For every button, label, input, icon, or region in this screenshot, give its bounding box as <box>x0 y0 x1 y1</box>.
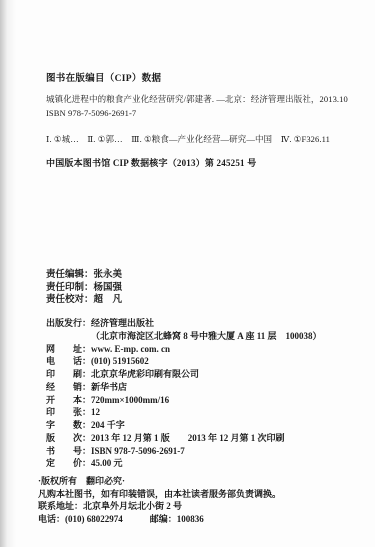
pub-label: 经 销： <box>46 381 91 394</box>
pub-value: 北京京华虎彩印刷有限公司 <box>91 369 199 379</box>
pub-value: (010) 51915602 <box>91 356 149 366</box>
staff-label: 责任编辑： <box>46 270 94 280</box>
pub-value: 新华书店 <box>91 382 127 392</box>
pub-value: 204 千字 <box>91 420 125 430</box>
pub-row-wordcount: 字 数：204 千字 <box>46 419 322 432</box>
pub-row-printing-company: 印 刷：北京京华虎彩印刷有限公司 <box>46 368 322 381</box>
publishing-block: 出版发行：经济管理出版社 （北京市海淀区北蜂窝 8 号中雅大厦 A 座 11 层… <box>46 317 322 470</box>
copyright-notice-block: ·版权所有 翻印必究· 凡购本社图书，如有印装错误，由本社读者服务部负责调换。 … <box>38 475 281 526</box>
pub-label: 版 次： <box>46 432 91 445</box>
pub-label: 网 址： <box>46 343 91 356</box>
pub-row-price: 定 价：45.00 元 <box>46 457 322 470</box>
pub-value: 经济管理出版社 <box>91 318 154 328</box>
pub-row-isbn: 书 号：ISBN 978-7-5096-2691-7 <box>46 445 322 458</box>
notice-phone-postcode-line: 电话：(010) 68022974 邮编：100836 <box>38 513 281 526</box>
staff-value: 杨国强 <box>94 283 123 293</box>
pub-row-address: （北京市海淀区北蜂窝 8 号中雅大厦 A 座 11 层 100038） <box>46 330 322 343</box>
pub-value: ISBN 978-7-5096-2691-7 <box>91 446 185 456</box>
staff-label: 责任校对： <box>46 295 94 305</box>
pub-label: 开 本： <box>46 394 91 407</box>
cip-classification-line: Ⅰ. ①城… Ⅱ. ①郭… Ⅲ. ①粮食—产业化经营—研究—中国 Ⅳ. ①F32… <box>46 133 330 145</box>
pub-label: 定 价： <box>46 457 91 470</box>
pub-value: 2013 年 12 月第 1 版 2013 年 12 月第 1 次印刷 <box>91 433 285 443</box>
pub-row-sheets: 印 张：12 <box>46 406 322 419</box>
notice-contact-address-line: 联系地址：北京阜外月坛北小街 2 号 <box>38 500 281 513</box>
pub-row-publisher: 出版发行：经济管理出版社 <box>46 317 322 330</box>
pub-row-phone: 电 话：(010) 51915602 <box>46 355 322 368</box>
book-copyright-page: 图书在版编目（CIP）数据 城镇化进程中的粮食产业化经营研究/郭建著. —北京：… <box>0 0 375 547</box>
pub-row-website: 网 址：www. E-mp. com. cn <box>46 343 322 356</box>
staff-row-editor: 责任编辑：张永美 <box>46 269 122 282</box>
pub-label: 印 刷： <box>46 368 91 381</box>
notice-copyright-line: ·版权所有 翻印必究· <box>38 475 281 488</box>
pub-label: 电 话： <box>46 355 91 368</box>
pub-value: 45.00 元 <box>91 458 123 468</box>
pub-label: 印 张： <box>46 406 91 419</box>
pub-value: 12 <box>91 407 100 417</box>
staff-row-printer: 责任印制：杨国强 <box>46 282 122 295</box>
pub-label: 字 数： <box>46 419 91 432</box>
scan-gutter-shadow <box>0 0 16 547</box>
pub-label: 出版发行： <box>46 317 91 330</box>
cip-body: 城镇化进程中的粮食产业化经营研究/郭建著. —北京：经济管理出版社，2013.1… <box>46 92 348 120</box>
cip-title-line: 城镇化进程中的粮食产业化经营研究/郭建著. —北京：经济管理出版社，2013.1… <box>46 92 348 106</box>
staff-row-proofreader: 责任校对：超 凡 <box>46 294 122 307</box>
staff-label: 责任印制： <box>46 283 94 293</box>
pub-row-distributor: 经 销：新华书店 <box>46 381 322 394</box>
pub-label: 书 号： <box>46 445 91 458</box>
pub-row-format: 开 本：720mm×1000mm/16 <box>46 394 322 407</box>
cip-record-line: 中国版本图书馆 CIP 数据核字（2013）第 245251 号 <box>46 156 256 169</box>
pub-value: 720mm×1000mm/16 <box>91 395 169 405</box>
pub-value: www. E-mp. com. cn <box>91 344 170 354</box>
pub-value: （北京市海淀区北蜂窝 8 号中雅大厦 A 座 11 层 100038） <box>91 331 322 341</box>
pub-row-edition: 版 次：2013 年 12 月第 1 版 2013 年 12 月第 1 次印刷 <box>46 432 322 445</box>
staff-value: 超 凡 <box>94 295 123 305</box>
notice-exchange-line: 凡购本社图书，如有印装错误，由本社读者服务部负责调换。 <box>38 488 281 501</box>
cip-header: 图书在版编目（CIP）数据 <box>46 70 161 84</box>
staff-block: 责任编辑：张永美 责任印制：杨国强 责任校对：超 凡 <box>46 269 122 307</box>
cip-isbn-line: ISBN 978-7-5096-2691-7 <box>46 106 348 120</box>
staff-value: 张永美 <box>94 270 123 280</box>
